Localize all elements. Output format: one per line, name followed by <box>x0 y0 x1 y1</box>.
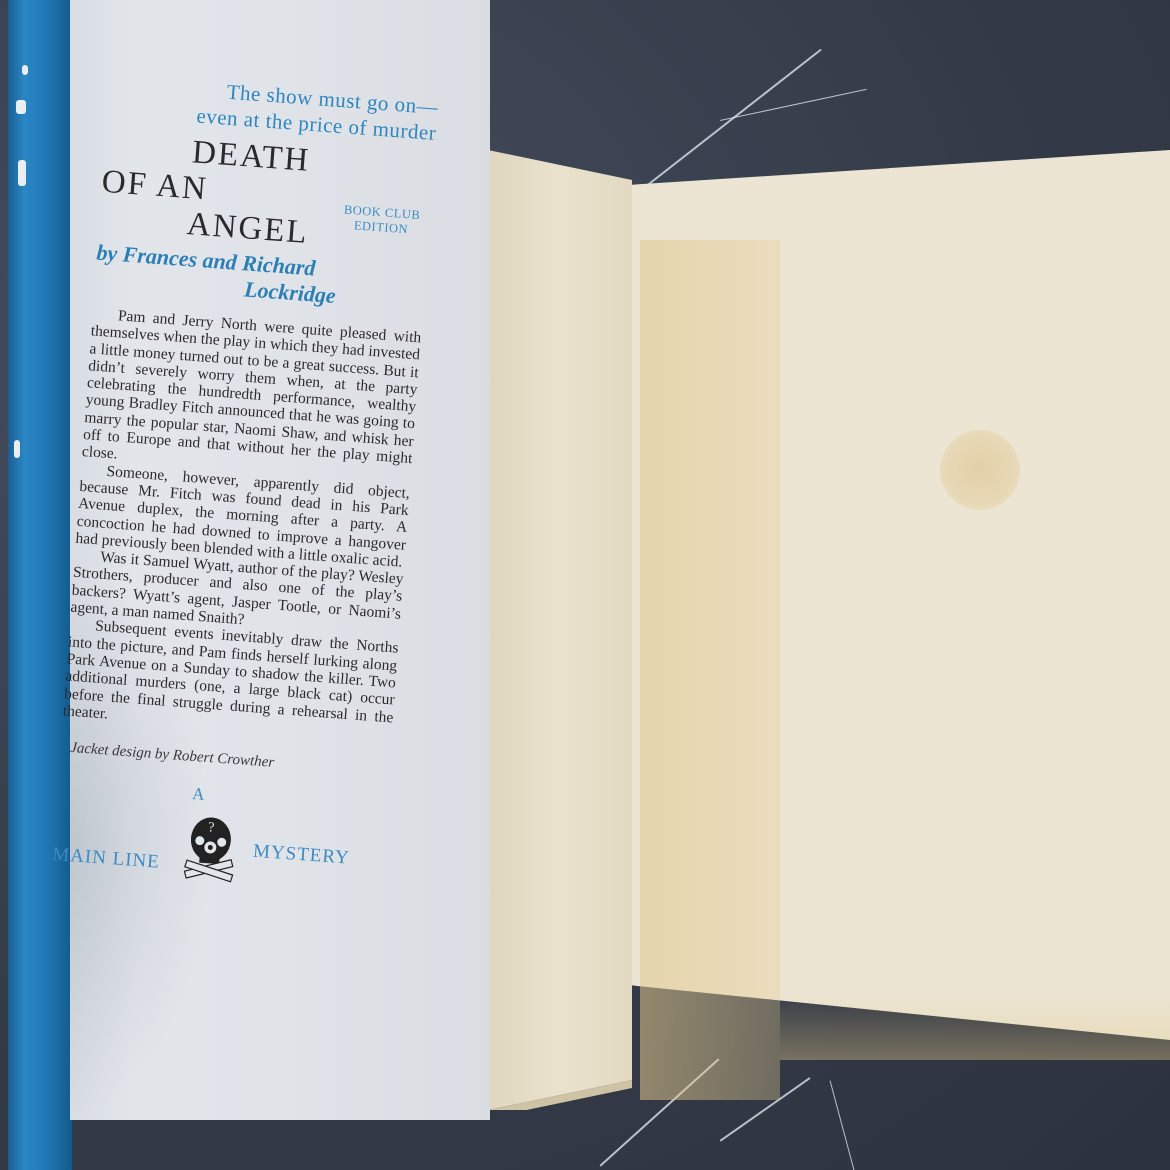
title-word: OF AN <box>100 164 209 208</box>
imprint-main-line: MAIN LINE <box>52 844 161 874</box>
page-discoloration <box>780 990 1170 1060</box>
imprint-a: A <box>191 784 206 805</box>
page-discoloration <box>640 240 780 1100</box>
blurb: Pam and Jerry North were quite pleased w… <box>62 305 422 743</box>
book-title: DEATH OF AN ANGEL <box>98 128 435 260</box>
skull-question-mark-icon: ? <box>181 814 240 888</box>
page-stain <box>940 430 1020 510</box>
svg-text:?: ? <box>208 820 216 835</box>
book-club-edition: BOOK CLUB EDITION <box>342 203 420 239</box>
flap-content: The show must go on— even at the price o… <box>50 70 439 908</box>
blurb-paragraph: Pam and Jerry North were quite pleased w… <box>81 305 422 484</box>
inner-board <box>488 150 632 1110</box>
book-spine <box>8 0 72 1170</box>
jacket-credit: Jacket design by Robert Crowther <box>60 739 390 780</box>
imprint-mystery: MYSTERY <box>252 841 350 870</box>
